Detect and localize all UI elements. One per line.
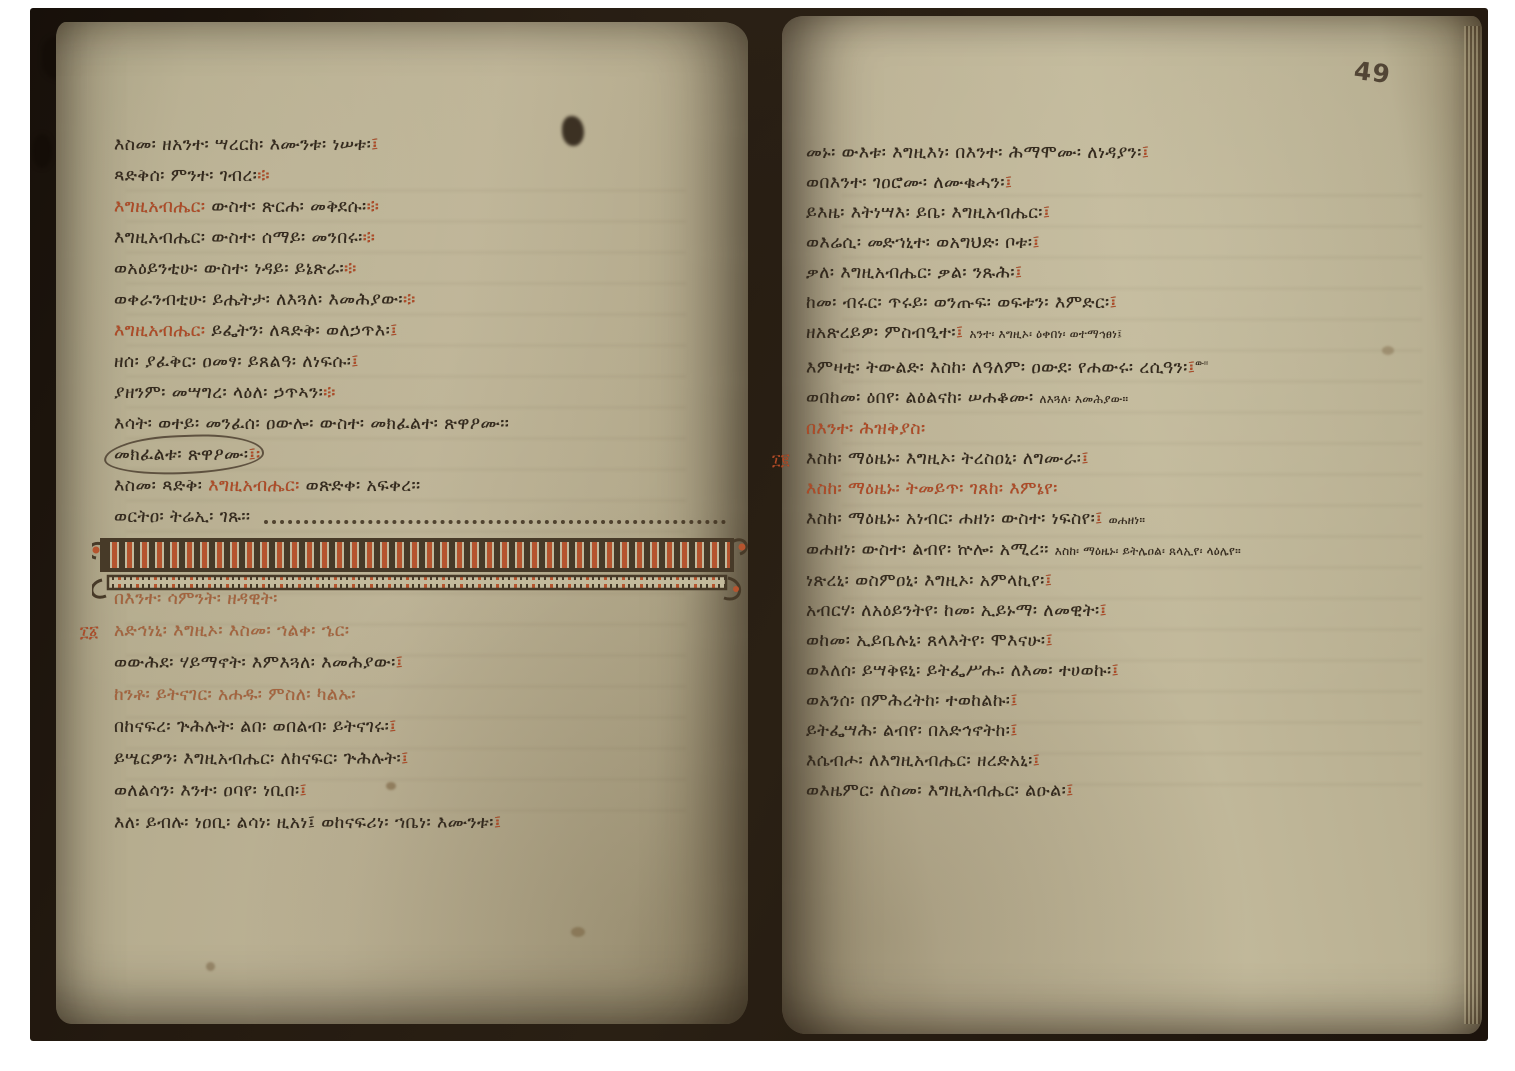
text-segment: ፤ xyxy=(1095,509,1109,529)
text-line: ወአዕይንቲሁ፡ ውስተ፡ ነዳይ፡ ይኔጽራ፡፨ xyxy=(114,254,732,285)
text-segment: አብርሃ፡ ለአዕይንትየ፡ ከመ፡ ኢይኑማ፡ ለመዊት፡ xyxy=(806,601,1099,621)
text-line: ፲፪እስከ፡ ማዕዜኑ፡ እግዚኦ፡ ትረስዐኒ፡ ለግሙራ፡፤ xyxy=(806,444,1446,474)
text-segment: ለእጓለ፡ እመሕያው። xyxy=(1039,392,1128,406)
text-segment: ፤ xyxy=(300,781,308,801)
text-segment: ፤ xyxy=(1142,143,1150,163)
text-segment: ፨ xyxy=(363,228,376,248)
text-segment: ወአዕይንቲሁ፡ ውስተ፡ ነዳይ፡ ይኔጽራ፡ xyxy=(114,259,344,279)
text-segment: ፨ xyxy=(323,383,336,403)
text-line: ዘሰ፡ ያፈቅር፡ ዐመፃ፡ ይጸልዓ፡ ለነፍሱ፡፤ xyxy=(114,347,732,378)
text-segment: ፤ xyxy=(1099,601,1107,621)
text-line: ወውሕደ፡ ሃይማኖት፡ እምእጓለ፡ እመሕያው፡፤ xyxy=(114,647,732,679)
text-segment: ወውሕደ፡ ሃይማኖት፡ እምእጓለ፡ እመሕያው፡ xyxy=(114,653,396,673)
text-segment: ውስተ፡ ጽርሐ፡ መቅደሱ፡ xyxy=(211,197,366,217)
text-line: ዘአጽረይዎ፡ ምስብዒተ፡፤ አንተ፡ እግዚኦ፡ ዕቀበነ፡ ወተማኅፀነ፤ xyxy=(806,318,1446,349)
text-segment: ከመ፡ ብሩር፡ ጥሩይ፡ ወንጡፍ፡ ወፍቱን፡ እምድር፡ xyxy=(806,293,1110,313)
text-segment: ፤ xyxy=(1005,173,1013,193)
text-segment: ፨ xyxy=(344,259,357,279)
text-segment: ፨ xyxy=(257,166,270,186)
text-segment: ቃለ፡ እግዚአብሔር፡ ቃል፡ ንጹሕ፡ xyxy=(806,263,1015,283)
text-segment: ፤ xyxy=(396,653,404,673)
text-segment: ፨ xyxy=(403,290,416,310)
text-line: ወእዜምር፡ ለስመ፡ እግዚአብሔር፡ ልዑል፡፤ xyxy=(806,776,1446,806)
psalm-number-marginal: ፲፩ xyxy=(80,616,99,648)
screenshot-stage: እስመ፡ ዘአንተ፡ ሣረርከ፡ እሙንቱ፡ ነሠቱ፡፤ጻድቅሰ፡ ምንተ፡ ገ… xyxy=(0,0,1515,1071)
text-line: አብርሃ፡ ለአዕይንትየ፡ ከመ፡ ኢይኑማ፡ ለመዊት፡፤ xyxy=(806,596,1446,626)
text-segment: ወበእንተ፡ ገዐሮሙ፡ ለሙቁሓን፡ xyxy=(806,173,1005,193)
text-line: ወለልሳን፡ እንተ፡ ዐባየ፡ ነቢበ፡፤ xyxy=(114,775,732,807)
text-segment: እግዚአብሔር፡ xyxy=(114,321,211,341)
text-segment: መክፈልቱ፡ ጽዋዖሙ፡ xyxy=(114,440,248,471)
text-segment: ያዘንም፡ መሣግረ፡ ላዕለ፡ ኃጥኣን፡ xyxy=(114,383,323,403)
text-segment: እስከ፡ ማዕዜኑ፡ እግዚኦ፡ ትረስዐኒ፡ ለግሙራ፡ xyxy=(806,449,1081,469)
right-page-text: መኑ፡ ውእቱ፡ እግዚእነ፡ በእንተ፡ ሕማሞሙ፡ ለነዳያን፡፤ወበእንተ… xyxy=(806,138,1446,806)
text-segment: ይትፌሣሕ፡ ልብየ፡ በአድኅኖትከ፡ xyxy=(806,721,1010,741)
text-line: ነጽረኒ፡ ወስምዐኒ፡ እግዚኦ፡ አምላኪየ፡፤ xyxy=(806,566,1446,596)
text-segment: እምዛቲ፡ ትውልድ፡ እስከ፡ ለዓለም፡ ዐውደ፡ የሐውሩ፡ ረሲዓን፡ xyxy=(806,358,1188,378)
text-segment: መኑ፡ ውእቱ፡ እግዚእነ፡ በእንተ፡ ሕማሞሙ፡ ለነዳያን፡ xyxy=(806,143,1142,163)
text-line: ፲፩አድኅነኒ፡ እግዚኦ፡ እስመ፡ ኀልቀ፡ ኄር፡ xyxy=(114,615,732,647)
text-segment: ወእሬሲ፡ መድኀኒተ፡ ወአግህድ፡ ቦቱ፡ xyxy=(806,233,1032,253)
text-segment: ወቀራንብቲሁ፡ ይሔትታ፡ ለእጓለ፡ እመሕያው፡ xyxy=(114,290,403,310)
text-line: ጻድቅሰ፡ ምንተ፡ ገብረ፡፨ xyxy=(114,161,732,192)
text-line: እምዛቲ፡ ትውልድ፡ እስከ፡ ለዓለም፡ ዐውደ፡ የሐውሩ፡ ረሲዓን፡፤… xyxy=(806,349,1446,383)
text-line: ወእለሰ፡ ይሣቅዩኒ፡ ይትፌሥሑ፡ ለእመ፡ ተሀወኩ፡፤ xyxy=(806,656,1446,686)
text-segment: ው፡፡ xyxy=(1195,359,1208,369)
text-segment: እስከ፡ ማዕዜኑ፡ ትመይጥ፡ ገጸከ፡ እምኔየ፡ xyxy=(806,479,1058,499)
text-segment: ፤ xyxy=(1045,571,1053,591)
text-segment: ፤ xyxy=(1033,751,1041,771)
text-line: ወበከመ፡ ዕበየ፡ ልዕልናከ፡ ሠሐቆሙ፡ ለእጓለ፡ እመሕያው። xyxy=(806,383,1446,414)
text-segment: ፤ xyxy=(1081,449,1089,469)
page-stack-edge xyxy=(1464,26,1480,1024)
text-segment: ፤ xyxy=(351,352,359,372)
text-line: እሴብሖ፡ ለእግዚአብሔር፡ ዘረድአኒ፡፤ xyxy=(806,746,1446,776)
text-line: እግዚአብሔር፡ ውስተ፡ ጽርሐ፡ መቅደሱ፡፨ xyxy=(114,192,732,223)
text-segment: ፤ xyxy=(956,323,970,343)
text-segment: እግዚአብሔር፡ ውስተ፡ ሰማይ፡ መንበሩ፡ xyxy=(114,228,363,248)
text-segment: እለ፡ ይብሉ፡ ነዐቢ፡ ልሳነ፡ ዚአነ፤ ወከናፍሪነ፡ ኀቤነ፡ እሙን… xyxy=(114,813,494,833)
text-segment: ዘሰ፡ ያፈቅር፡ ዐመፃ፡ ይጸልዓ፡ ለነፍሱ፡ xyxy=(114,352,351,372)
text-line: ወአንሰ፡ በምሕረትከ፡ ተወከልኩ፡፤ xyxy=(806,686,1446,716)
text-segment: ይፌትን፡ ለጻድቅ፡ ወለኃጥእ፡ xyxy=(211,321,390,341)
binding-shadow-blob xyxy=(32,134,52,168)
text-line: ከመ፡ ብሩር፡ ጥሩይ፡ ወንጡፍ፡ ወፍቱን፡ እምድር፡፤ xyxy=(806,288,1446,318)
text-segment: ይሤርዎን፡ እግዚአብሔር፡ ለከናፍር፡ ጕሕሉት፡ xyxy=(114,749,401,769)
text-line: ይእዜ፡ እትነሣእ፡ ይቤ፡ እግዚአብሔር፡፤ xyxy=(806,198,1446,228)
left-page-text-lower: በእንተ፡ ሳምንት፡ ዘዳዊት፡፲፩አድኅነኒ፡ እግዚኦ፡ እስመ፡ ኀልቀ… xyxy=(114,583,732,839)
book-photo: እስመ፡ ዘአንተ፡ ሣረርከ፡ እሙንቱ፡ ነሠቱ፡፤ጻድቅሰ፡ ምንተ፡ ገ… xyxy=(30,8,1488,1041)
text-segment: እስመ፡ ዘአንተ፡ ሣረርከ፡ እሙንቱ፡ ነሠቱ፡ xyxy=(114,135,371,155)
text-segment: ከንቶ፡ ይትናገር፡ አሐዱ፡ ምስለ፡ ካልኡ፡ xyxy=(114,685,356,705)
text-segment: ዘአጽረይዎ፡ ምስብዒተ፡ xyxy=(806,323,956,343)
text-line: ወርትዐ፡ ትሬኢ፡ ገጹ፡፡ xyxy=(114,502,732,533)
text-segment: ወአንሰ፡ በምሕረትከ፡ ተወከልኩ፡ xyxy=(806,691,1010,711)
folio-number: 49 xyxy=(1352,56,1392,89)
text-segment: ፤ xyxy=(1010,721,1018,741)
text-line: በእንተ፡ ሕዝቅያስ፡ xyxy=(806,414,1446,444)
text-line: ይትፌሣሕ፡ ልብየ፡ በአድኅኖትከ፡፤ xyxy=(806,716,1446,746)
text-segment: ወጽድቀ፡ አፍቀረ፡፡ xyxy=(306,476,421,496)
text-segment: እሴብሖ፡ ለእግዚአብሔር፡ ዘረድአኒ፡ xyxy=(806,751,1033,771)
text-line: በከናፍረ፡ ጕሕሉት፡ ልበ፡ ወበልብ፡ ይትናገሩ፡፤ xyxy=(114,711,732,743)
text-segment: ፤ xyxy=(389,717,397,737)
text-segment: ወሐዘነ፡ ውስተ፡ ልብየ፡ ኵሎ፡ አሚረ፡፡ xyxy=(806,540,1055,560)
text-line: እስከ፡ ማዕዜኑ፡ አነብር፡ ሐዘነ፡ ውስተ፡ ነፍስየ፡፤ ወሐዘነ። xyxy=(806,504,1446,535)
text-line: ወቀራንብቲሁ፡ ይሔትታ፡ ለእጓለ፡ እመሕያው፡፨ xyxy=(114,285,732,316)
text-segment: ፤ xyxy=(401,749,409,769)
text-segment: እስከ፡ ማዕዜኑ፡ ይትሌዐል፡ ጸላኢየ፡ ላዕሌየ። xyxy=(1055,544,1241,558)
text-segment: ወእዜምር፡ ለስመ፡ እግዚአብሔር፡ ልዑል፡ xyxy=(806,781,1066,801)
text-segment: እሳት፡ ወተይ፡ መንፈሰ፡ ዐውሎ፡ ውስተ፡ መክፈልተ፡ ጽዋዖሙ፡፡ xyxy=(114,414,509,434)
foxing-spot xyxy=(206,962,215,971)
text-segment: በእንተ፡ ሕዝቅያስ፡ xyxy=(806,419,926,439)
text-line: ከንቶ፡ ይትናገር፡ አሐዱ፡ ምስለ፡ ካልኡ፡ xyxy=(114,679,732,711)
text-line: እግዚአብሔር፡ ውስተ፡ ሰማይ፡ መንበሩ፡፨ xyxy=(114,223,732,254)
psalm-number-marginal: ፲፪ xyxy=(772,445,790,475)
text-segment: ፤ xyxy=(1045,631,1053,651)
text-segment: እስመ፡ ጻድቅ፡ xyxy=(114,476,208,496)
text-line: ወከመ፡ ኢይቤሉኒ፡ ጸላእትየ፡ ሞእናሁ፡፤ xyxy=(806,626,1446,656)
manuscript-page-left: እስመ፡ ዘአንተ፡ ሣረርከ፡ እሙንቱ፡ ነሠቱ፡፤ጻድቅሰ፡ ምንተ፡ ገ… xyxy=(56,22,748,1024)
dotted-filler xyxy=(264,520,726,524)
text-line: ቃለ፡ እግዚአብሔር፡ ቃል፡ ንጹሕ፡፤ xyxy=(806,258,1446,288)
text-segment: ፤ xyxy=(371,135,379,155)
text-line: ወሐዘነ፡ ውስተ፡ ልብየ፡ ኵሎ፡ አሚረ፡፡ እስከ፡ ማዕዜኑ፡ ይትሌ… xyxy=(806,535,1446,566)
text-segment: ወእለሰ፡ ይሣቅዩኒ፡ ይትፌሥሑ፡ ለእመ፡ ተሀወኩ፡ xyxy=(806,661,1111,681)
text-segment: በእንተ፡ ሳምንት፡ ዘዳዊት፡ xyxy=(114,589,278,609)
text-segment: ፤ xyxy=(1066,781,1074,801)
text-segment: ፤ xyxy=(1111,661,1119,681)
text-line: መኑ፡ ውእቱ፡ እግዚእነ፡ በእንተ፡ ሕማሞሙ፡ ለነዳያን፡፤ xyxy=(806,138,1446,168)
text-segment: ፤ xyxy=(1032,233,1040,253)
text-segment: ወርትዐ፡ ትሬኢ፡ ገጹ፡፡ xyxy=(114,502,250,533)
text-segment: ወለልሳን፡ እንተ፡ ዐባየ፡ ነቢበ፡ xyxy=(114,781,300,801)
text-segment: ወከመ፡ ኢይቤሉኒ፡ ጸላእትየ፡ ሞእናሁ፡ xyxy=(806,631,1045,651)
text-line: ያዘንም፡ መሣግረ፡ ላዕለ፡ ኃጥኣን፡፨ xyxy=(114,378,732,409)
text-line: በእንተ፡ ሳምንት፡ ዘዳዊት፡ xyxy=(114,583,732,615)
text-segment: ፤ xyxy=(1015,263,1023,283)
text-segment: ፤ xyxy=(1010,691,1018,711)
text-line: እግዚአብሔር፡ ይፌትን፡ ለጻድቅ፡ ወለኃጥእ፡፤ xyxy=(114,316,732,347)
manuscript-page-right: 49 መኑ፡ ውእቱ፡ እግዚእነ፡ በእንተ፡ ሕማሞሙ፡ ለነዳያን፡፤ወበ… xyxy=(782,16,1482,1034)
text-segment: እስከ፡ ማዕዜኑ፡ አነብር፡ ሐዘነ፡ ውስተ፡ ነፍስየ፡ xyxy=(806,509,1095,529)
text-line: እስመ፡ ጻድቅ፡ እግዚአብሔር፡ ወጽድቀ፡ አፍቀረ፡፡ xyxy=(114,471,732,502)
text-line: እስከ፡ ማዕዜኑ፡ ትመይጥ፡ ገጸከ፡ እምኔየ፡ xyxy=(806,474,1446,504)
text-segment: ይእዜ፡ እትነሣእ፡ ይቤ፡ እግዚአብሔር፡ xyxy=(806,203,1043,223)
text-segment: ፤ xyxy=(390,321,398,341)
text-line: ወእሬሲ፡ መድኀኒተ፡ ወአግህድ፡ ቦቱ፡፤ xyxy=(806,228,1446,258)
text-segment: ፨ xyxy=(367,197,380,217)
text-line: ወበእንተ፡ ገዐሮሙ፡ ለሙቁሓን፡፤ xyxy=(806,168,1446,198)
text-segment: በከናፍረ፡ ጕሕሉት፡ ልበ፡ ወበልብ፡ ይትናገሩ፡ xyxy=(114,717,389,737)
text-line: እስመ፡ ዘአንተ፡ ሣረርከ፡ እሙንቱ፡ ነሠቱ፡፤ xyxy=(114,130,732,161)
text-segment: ወሐዘነ። xyxy=(1109,513,1145,527)
text-line: ይሤርዎን፡ እግዚአብሔር፡ ለከናፍር፡ ጕሕሉት፡፤ xyxy=(114,743,732,775)
left-page-text-upper: እስመ፡ ዘአንተ፡ ሣረርከ፡ እሙንቱ፡ ነሠቱ፡፤ጻድቅሰ፡ ምንተ፡ ገ… xyxy=(114,130,732,533)
text-segment: አድኅነኒ፡ እግዚኦ፡ እስመ፡ ኀልቀ፡ ኄር፡ xyxy=(114,621,349,641)
text-line: እለ፡ ይብሉ፡ ነዐቢ፡ ልሳነ፡ ዚአነ፤ ወከናፍሪነ፡ ኀቤነ፡ እሙን… xyxy=(114,807,732,839)
text-line: መክፈልቱ፡ ጽዋዖሙ፡፤፡ xyxy=(114,440,732,471)
text-segment: ጻድቅሰ፡ ምንተ፡ ገብረ፡ xyxy=(114,166,257,186)
text-segment: ነጽረኒ፡ ወስምዐኒ፡ እግዚኦ፡ አምላኪየ፡ xyxy=(806,571,1045,591)
text-segment: እግዚአብሔር፡ xyxy=(114,197,211,217)
text-segment: ወበከመ፡ ዕበየ፡ ልዕልናከ፡ ሠሐቆሙ፡ xyxy=(806,388,1039,408)
text-segment: ፤ xyxy=(1110,293,1118,313)
text-segment: ፤ xyxy=(1043,203,1051,223)
text-segment: አንተ፡ እግዚኦ፡ ዕቀበነ፡ ወተማኅፀነ፤ xyxy=(969,327,1122,341)
text-segment: እግዚአብሔር፡ xyxy=(208,476,305,496)
text-segment: ፤ xyxy=(494,813,502,833)
foxing-spot xyxy=(571,927,585,937)
